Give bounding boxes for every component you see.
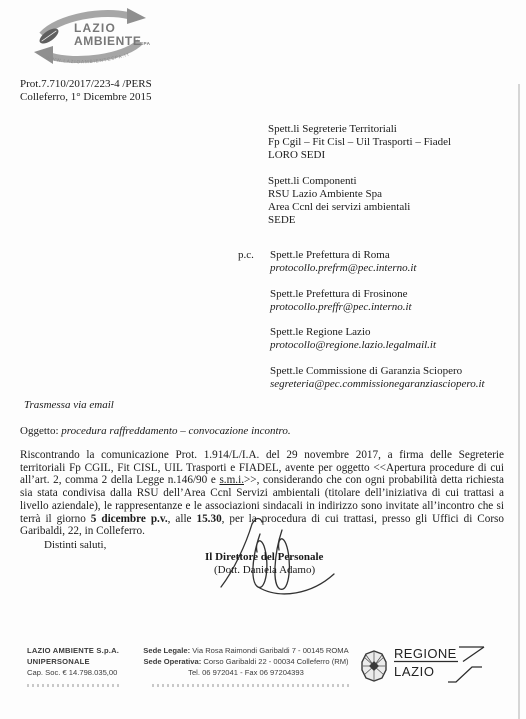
recipient-email: protocollo.prefrm@pec.interno.it (270, 262, 416, 275)
protocol-block: Prot.7.710/2017/223-4 /PERS Colleferro, … (20, 78, 152, 104)
svg-text:REGIONE: REGIONE (394, 646, 457, 661)
recipient-email: protocollo@regione.lazio.legalmail.it (270, 339, 436, 352)
place-date: Colleferro, 1° Dicembre 2015 (20, 91, 152, 104)
recipient-block-rsu: Spett.li Componenti RSU Lazio Ambiente S… (268, 175, 410, 227)
footer-operative-address: Sede Operativa: Corso Garibaldi 22 - 000… (125, 657, 367, 668)
footer-company-block: LAZIO AMBIENTE S.p.A. UNIPERSONALE Cap. … (27, 646, 119, 678)
recipient-line: LORO SEDI (268, 149, 451, 162)
scanned-letter-page: LAZIO AMBIENTE SPA WWW.LAZIOAMBIENTESPA.… (0, 0, 526, 719)
closing-salutation: Distinti saluti, (44, 539, 106, 551)
regione-lazio-logo: REGIONE LAZIO (360, 643, 488, 693)
lazio-ambiente-logo: LAZIO AMBIENTE SPA WWW.LAZIOAMBIENTESPA.… (28, 5, 158, 71)
signer-name: (Dott. Daniela Adamo) (214, 564, 315, 576)
logo-company-name: LAZIO AMBIENTE SPA (74, 21, 151, 48)
recipient-name: Spett.le Prefettura di Frosinone (270, 288, 412, 301)
footer-company-form: UNIPERSONALE (27, 657, 119, 668)
svg-text:LAZIO: LAZIO (394, 664, 435, 679)
footer-capital: Cap. Soc. € 14.798.035,00 (27, 668, 119, 679)
recipient-line: Spett.li Componenti (268, 175, 410, 188)
recipient-email: segreteria@pec.commissionegaranziasciope… (270, 378, 485, 391)
pc-recipient-block: Spett.le Prefettura di Roma protocollo.p… (270, 249, 416, 275)
svg-text:AMBIENTE: AMBIENTE (74, 34, 141, 48)
clipped-text-line (152, 684, 350, 687)
recipient-block-unions: Spett.li Segreterie Territoriali Fp Cgil… (268, 123, 451, 162)
recipient-line: Fp Cgil – Fit Cisl – Uil Trasporti – Fia… (268, 136, 451, 149)
footer-contact-block: Sede Legale: Via Rosa Raimondi Garibaldi… (125, 646, 367, 678)
svg-text:LAZIO: LAZIO (74, 21, 116, 35)
pc-recipient-block: Spett.le Prefettura di Frosinone protoco… (270, 288, 412, 314)
subject-line: Oggetto: procedura raffreddamento – conv… (20, 425, 291, 437)
svg-text:SPA: SPA (140, 41, 151, 46)
regione-text: REGIONE LAZIO (394, 646, 457, 679)
recipient-name: Spett.le Commissione di Garanzia Scioper… (270, 365, 485, 378)
footer-legal-address: Sede Legale: Via Rosa Raimondi Garibaldi… (125, 646, 367, 657)
footer-phone-fax: Tel. 06 972041 - Fax 06 97204393 (125, 668, 367, 679)
body-paragraph: Riscontrando la comunicazione Prot. 1.91… (20, 449, 504, 538)
pc-recipient-block: Spett.le Commissione di Garanzia Scioper… (270, 365, 485, 391)
footer-company-name: LAZIO AMBIENTE S.p.A. (27, 646, 119, 657)
pc-recipient-block: Spett.le Regione Lazio protocollo@region… (270, 326, 436, 352)
regione-emblem-icon (362, 651, 386, 681)
recipient-line: Spett.li Segreterie Territoriali (268, 123, 451, 136)
transmission-note: Trasmessa via email (24, 399, 114, 411)
recipient-line: Area Ccnl dei servizi ambientali (268, 201, 410, 214)
recipient-line: RSU Lazio Ambiente Spa (268, 188, 410, 201)
signer-role: Il Direttore del Personale (205, 551, 323, 563)
recipient-name: Spett.le Regione Lazio (270, 326, 436, 339)
recipient-name: Spett.le Prefettura di Roma (270, 249, 416, 262)
scan-artifact-line (518, 84, 520, 719)
subject-text: procedura raffreddamento – convocazione … (61, 425, 290, 437)
recipient-email: protocollo.preffr@pec.interno.it (270, 301, 412, 314)
recipient-line: SEDE (268, 214, 410, 227)
clipped-text-line (27, 684, 119, 687)
subject-label: Oggetto: (20, 425, 61, 437)
pc-label: p.c. (238, 249, 254, 261)
protocol-number: Prot.7.710/2017/223-4 /PERS (20, 78, 152, 91)
